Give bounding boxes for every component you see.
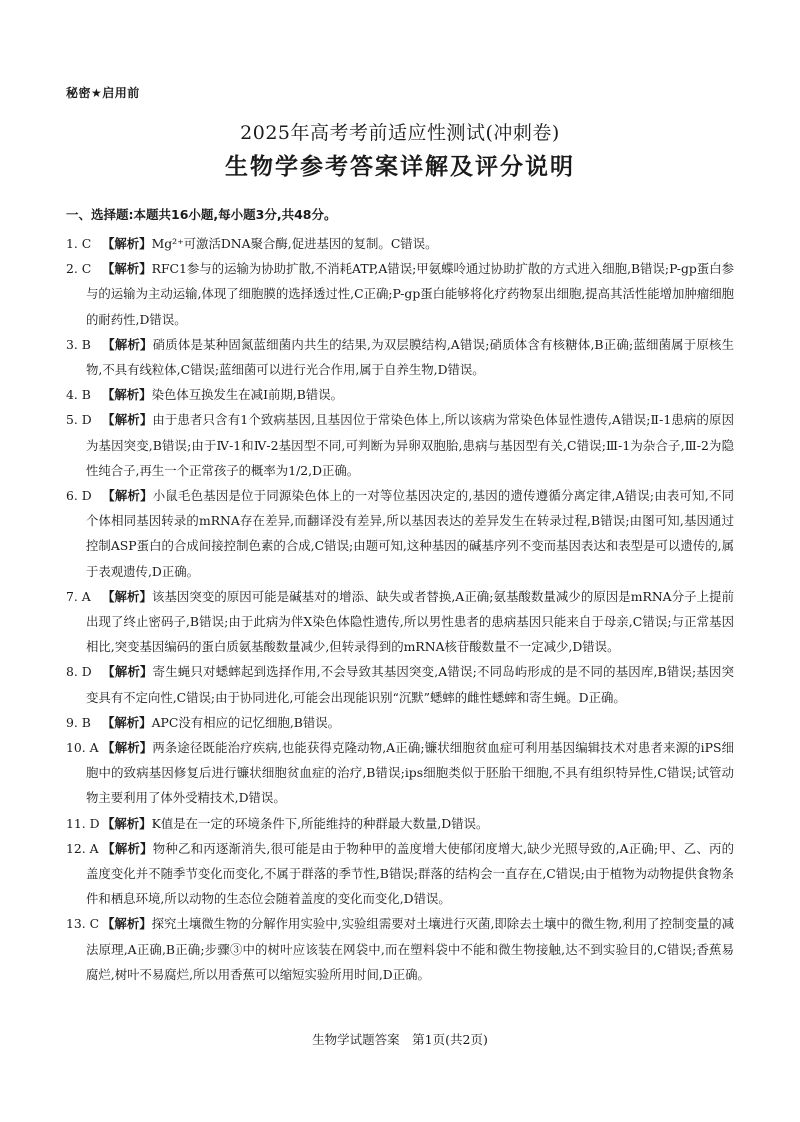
answer-text: 染色体互换发生在减Ⅰ前期,B错误。	[152, 387, 343, 402]
analysis-tag: 【解析】	[102, 412, 152, 427]
analysis-tag: 【解析】	[102, 337, 153, 352]
answer-text: 探究土壤微生物的分解作用实验中,实验组需要对土壤进行灭菌,即除去土壤中的微生物,…	[86, 916, 734, 981]
section-heading: 一、选择题:本题共16小题,每小题3分,共48分。	[66, 205, 336, 223]
answer-number: 4. B	[66, 382, 102, 407]
analysis-tag: 【解析】	[102, 387, 152, 402]
analysis-tag: 【解析】	[102, 236, 152, 251]
document-subtitle: 生物学参考答案详解及评分说明	[0, 148, 800, 181]
answer-number: 1. C	[66, 231, 102, 256]
analysis-tag: 【解析】	[102, 664, 153, 679]
answer-item: 11. D【解析】K值是在一定的环境条件下,所能维持的种群最大数量,D错误。	[66, 811, 734, 836]
answer-number: 7. A	[66, 584, 102, 609]
answer-item: 9. B【解析】APC没有相应的记忆细胞,B错误。	[66, 710, 734, 735]
answer-text: 寄生蝇只对蟋蟀起到选择作用,不会导致其基因突变,A错误;不同岛屿形成的是不同的基…	[86, 664, 734, 704]
answer-item: 2. C【解析】RFC1参与的运输为协助扩散,不消耗ATP,A错误;甲氨蝶呤通过…	[66, 256, 734, 332]
answer-number: 10. A	[66, 735, 102, 760]
answer-list: 1. C【解析】Mg²⁺可激活DNA聚合酶,促进基因的复制。C错误。 2. C【…	[66, 231, 734, 987]
analysis-tag: 【解析】	[102, 740, 152, 755]
analysis-tag: 【解析】	[102, 488, 153, 503]
answer-text: K值是在一定的环境条件下,所能维持的种群最大数量,D错误。	[152, 816, 489, 831]
answer-text: 该基因突变的原因可能是碱基对的增添、缺失或者替换,A正确;氨基酸数量减少的原因是…	[86, 589, 734, 654]
answer-text: 由于患者只含有1个致病基因,且基因位于常染色体上,所以该病为常染色体显性遗传,A…	[86, 412, 734, 477]
answer-number: 6. D	[66, 483, 102, 508]
analysis-tag: 【解析】	[102, 261, 152, 276]
answer-item: 7. A【解析】该基因突变的原因可能是碱基对的增添、缺失或者替换,A正确;氨基酸…	[66, 584, 734, 660]
answer-item: 5. D【解析】由于患者只含有1个致病基因,且基因位于常染色体上,所以该病为常染…	[66, 407, 734, 483]
answer-number: 13. C	[66, 911, 102, 936]
analysis-tag: 【解析】	[102, 589, 152, 604]
answer-text: APC没有相应的记忆细胞,B错误。	[152, 715, 341, 730]
analysis-tag: 【解析】	[102, 916, 152, 931]
confidential-label: 秘密★启用前	[66, 84, 140, 101]
answer-number: 5. D	[66, 407, 102, 432]
answer-item: 4. B【解析】染色体互换发生在减Ⅰ前期,B错误。	[66, 382, 734, 407]
answer-item: 6. D【解析】小鼠毛色基因是位于同源染色体上的一对等位基因决定的,基因的遗传遵…	[66, 483, 734, 584]
answer-item: 10. A【解析】两条途径既能治疗疾病,也能获得克隆动物,A正确;镰状细胞贫血症…	[66, 735, 734, 811]
answer-text: 物种乙和丙逐渐消失,很可能是由于物种甲的盖度增大使郁闭度增大,缺少光照导致的,A…	[86, 841, 734, 906]
answer-item: 12. A【解析】物种乙和丙逐渐消失,很可能是由于物种甲的盖度增大使郁闭度增大,…	[66, 836, 734, 912]
answer-number: 12. A	[66, 836, 102, 861]
analysis-tag: 【解析】	[102, 715, 152, 730]
answer-item: 13. C【解析】探究土壤微生物的分解作用实验中,实验组需要对土壤进行灭菌,即除…	[66, 911, 734, 987]
answer-text: 硝质体是某种固氮蓝细菌内共生的结果,为双层膜结构,A错误;硝质体含有核糖体,B正…	[86, 337, 734, 377]
document-title: 2025年高考考前适应性测试(冲刺卷)	[0, 118, 800, 145]
answer-text: RFC1参与的运输为协助扩散,不消耗ATP,A错误;甲氨蝶呤通过协助扩散的方式进…	[86, 261, 734, 326]
answer-item: 3. B【解析】硝质体是某种固氮蓝细菌内共生的结果,为双层膜结构,A错误;硝质体…	[66, 332, 734, 382]
answer-number: 9. B	[66, 710, 102, 735]
page-footer: 生物学试题答案 第1页(共2页)	[0, 1030, 800, 1048]
answer-number: 11. D	[66, 811, 102, 836]
analysis-tag: 【解析】	[102, 841, 153, 856]
answer-text: 两条途径既能治疗疾病,也能获得克隆动物,A正确;镰状细胞贫血症可利用基因编辑技术…	[86, 740, 734, 805]
analysis-tag: 【解析】	[102, 816, 152, 831]
answer-text: 小鼠毛色基因是位于同源染色体上的一对等位基因决定的,基因的遗传遵循分离定律,A错…	[86, 488, 734, 579]
answer-text: Mg²⁺可激活DNA聚合酶,促进基因的复制。C错误。	[152, 236, 438, 251]
answer-item: 8. D【解析】寄生蝇只对蟋蟀起到选择作用,不会导致其基因突变,A错误;不同岛屿…	[66, 659, 734, 709]
answer-number: 8. D	[66, 659, 102, 684]
answer-number: 3. B	[66, 332, 102, 357]
answer-number: 2. C	[66, 256, 102, 281]
answer-item: 1. C【解析】Mg²⁺可激活DNA聚合酶,促进基因的复制。C错误。	[66, 231, 734, 256]
